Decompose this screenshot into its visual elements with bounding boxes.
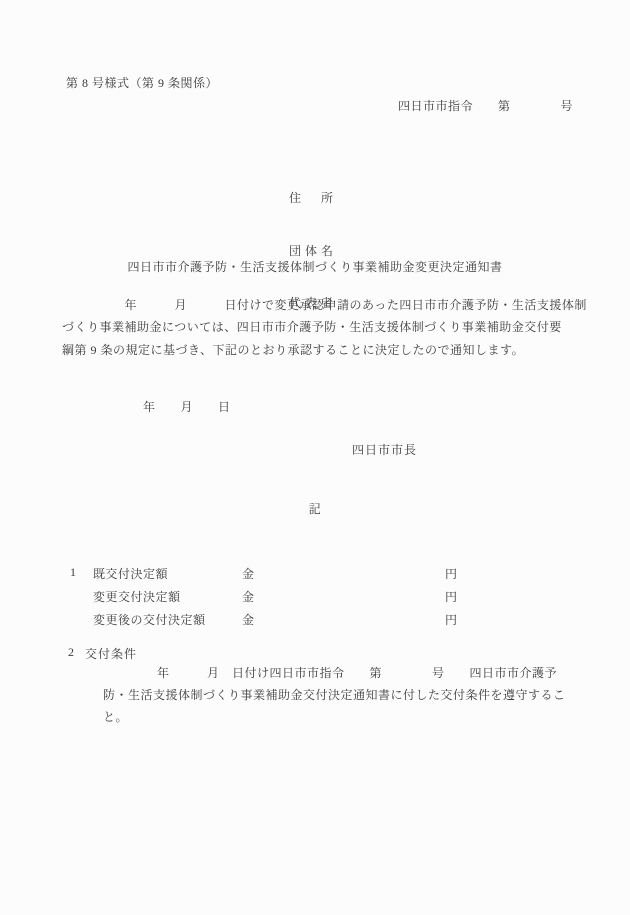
- amount-row-existing: 1 既交付決定額 金 円: [0, 565, 630, 579]
- document-page: 第 8 号様式（第 9 条関係） 四日市市指令 第 号 住 所 団体名 代表者 …: [0, 0, 630, 915]
- currency-suffix: 円: [445, 565, 458, 582]
- document-title: 四日市市介護予防・生活支援体制づくり事業補助金変更決定通知書: [0, 261, 630, 274]
- conditions-line-2: 防・生活支援体制づくり事業補助金交付決定通知書に付した交付条件を遵守するこ: [103, 689, 566, 702]
- body-line-1: 年 月 日付けで変更承認申請のあった四日市市介護予防・生活支援体制: [62, 299, 587, 312]
- currency-prefix: 金: [242, 588, 255, 605]
- directive-number-line: 四日市市指令 第 号: [398, 100, 573, 113]
- item1-number: 1: [70, 565, 77, 580]
- currency-prefix: 金: [242, 611, 255, 628]
- conditions-heading-row: 2 交付条件: [0, 645, 630, 659]
- item2-number: 2: [68, 645, 75, 660]
- issue-date-line: 年 月 日: [143, 401, 231, 414]
- mayor-signature: 四日市市長: [352, 444, 417, 457]
- currency-suffix: 円: [445, 588, 458, 605]
- conditions-line-3: と。: [103, 711, 128, 724]
- amount-row-changed: 変更交付決定額 金 円: [0, 588, 630, 602]
- ki-heading: 記: [0, 503, 630, 516]
- amount-row-after-change: 変更後の交付決定額 金 円: [0, 611, 630, 625]
- conditions-heading: 交付条件: [85, 645, 137, 662]
- amount-label: 変更後の交付決定額: [93, 611, 206, 628]
- body-line-3: 綱第 9 条の規定に基づき、下記のとおり承認することに決定したので通知します。: [62, 344, 524, 357]
- currency-prefix: 金: [242, 565, 255, 582]
- body-line-2: づくり事業補助金については、四日市市介護予防・生活支援体制づくり事業補助金交付要: [62, 321, 562, 334]
- conditions-line-1: 年 月 日付け四日市市指令 第 号 四日市市介護予: [157, 667, 557, 680]
- amount-label: 既交付決定額: [93, 565, 168, 582]
- form-number: 第 8 号様式（第 9 条関係）: [66, 77, 218, 90]
- recipient-block: 住 所 団体名 代表者: [289, 159, 337, 347]
- recipient-address-label: 住 所: [289, 189, 337, 212]
- currency-suffix: 円: [445, 611, 458, 628]
- amount-label: 変更交付決定額: [93, 588, 181, 605]
